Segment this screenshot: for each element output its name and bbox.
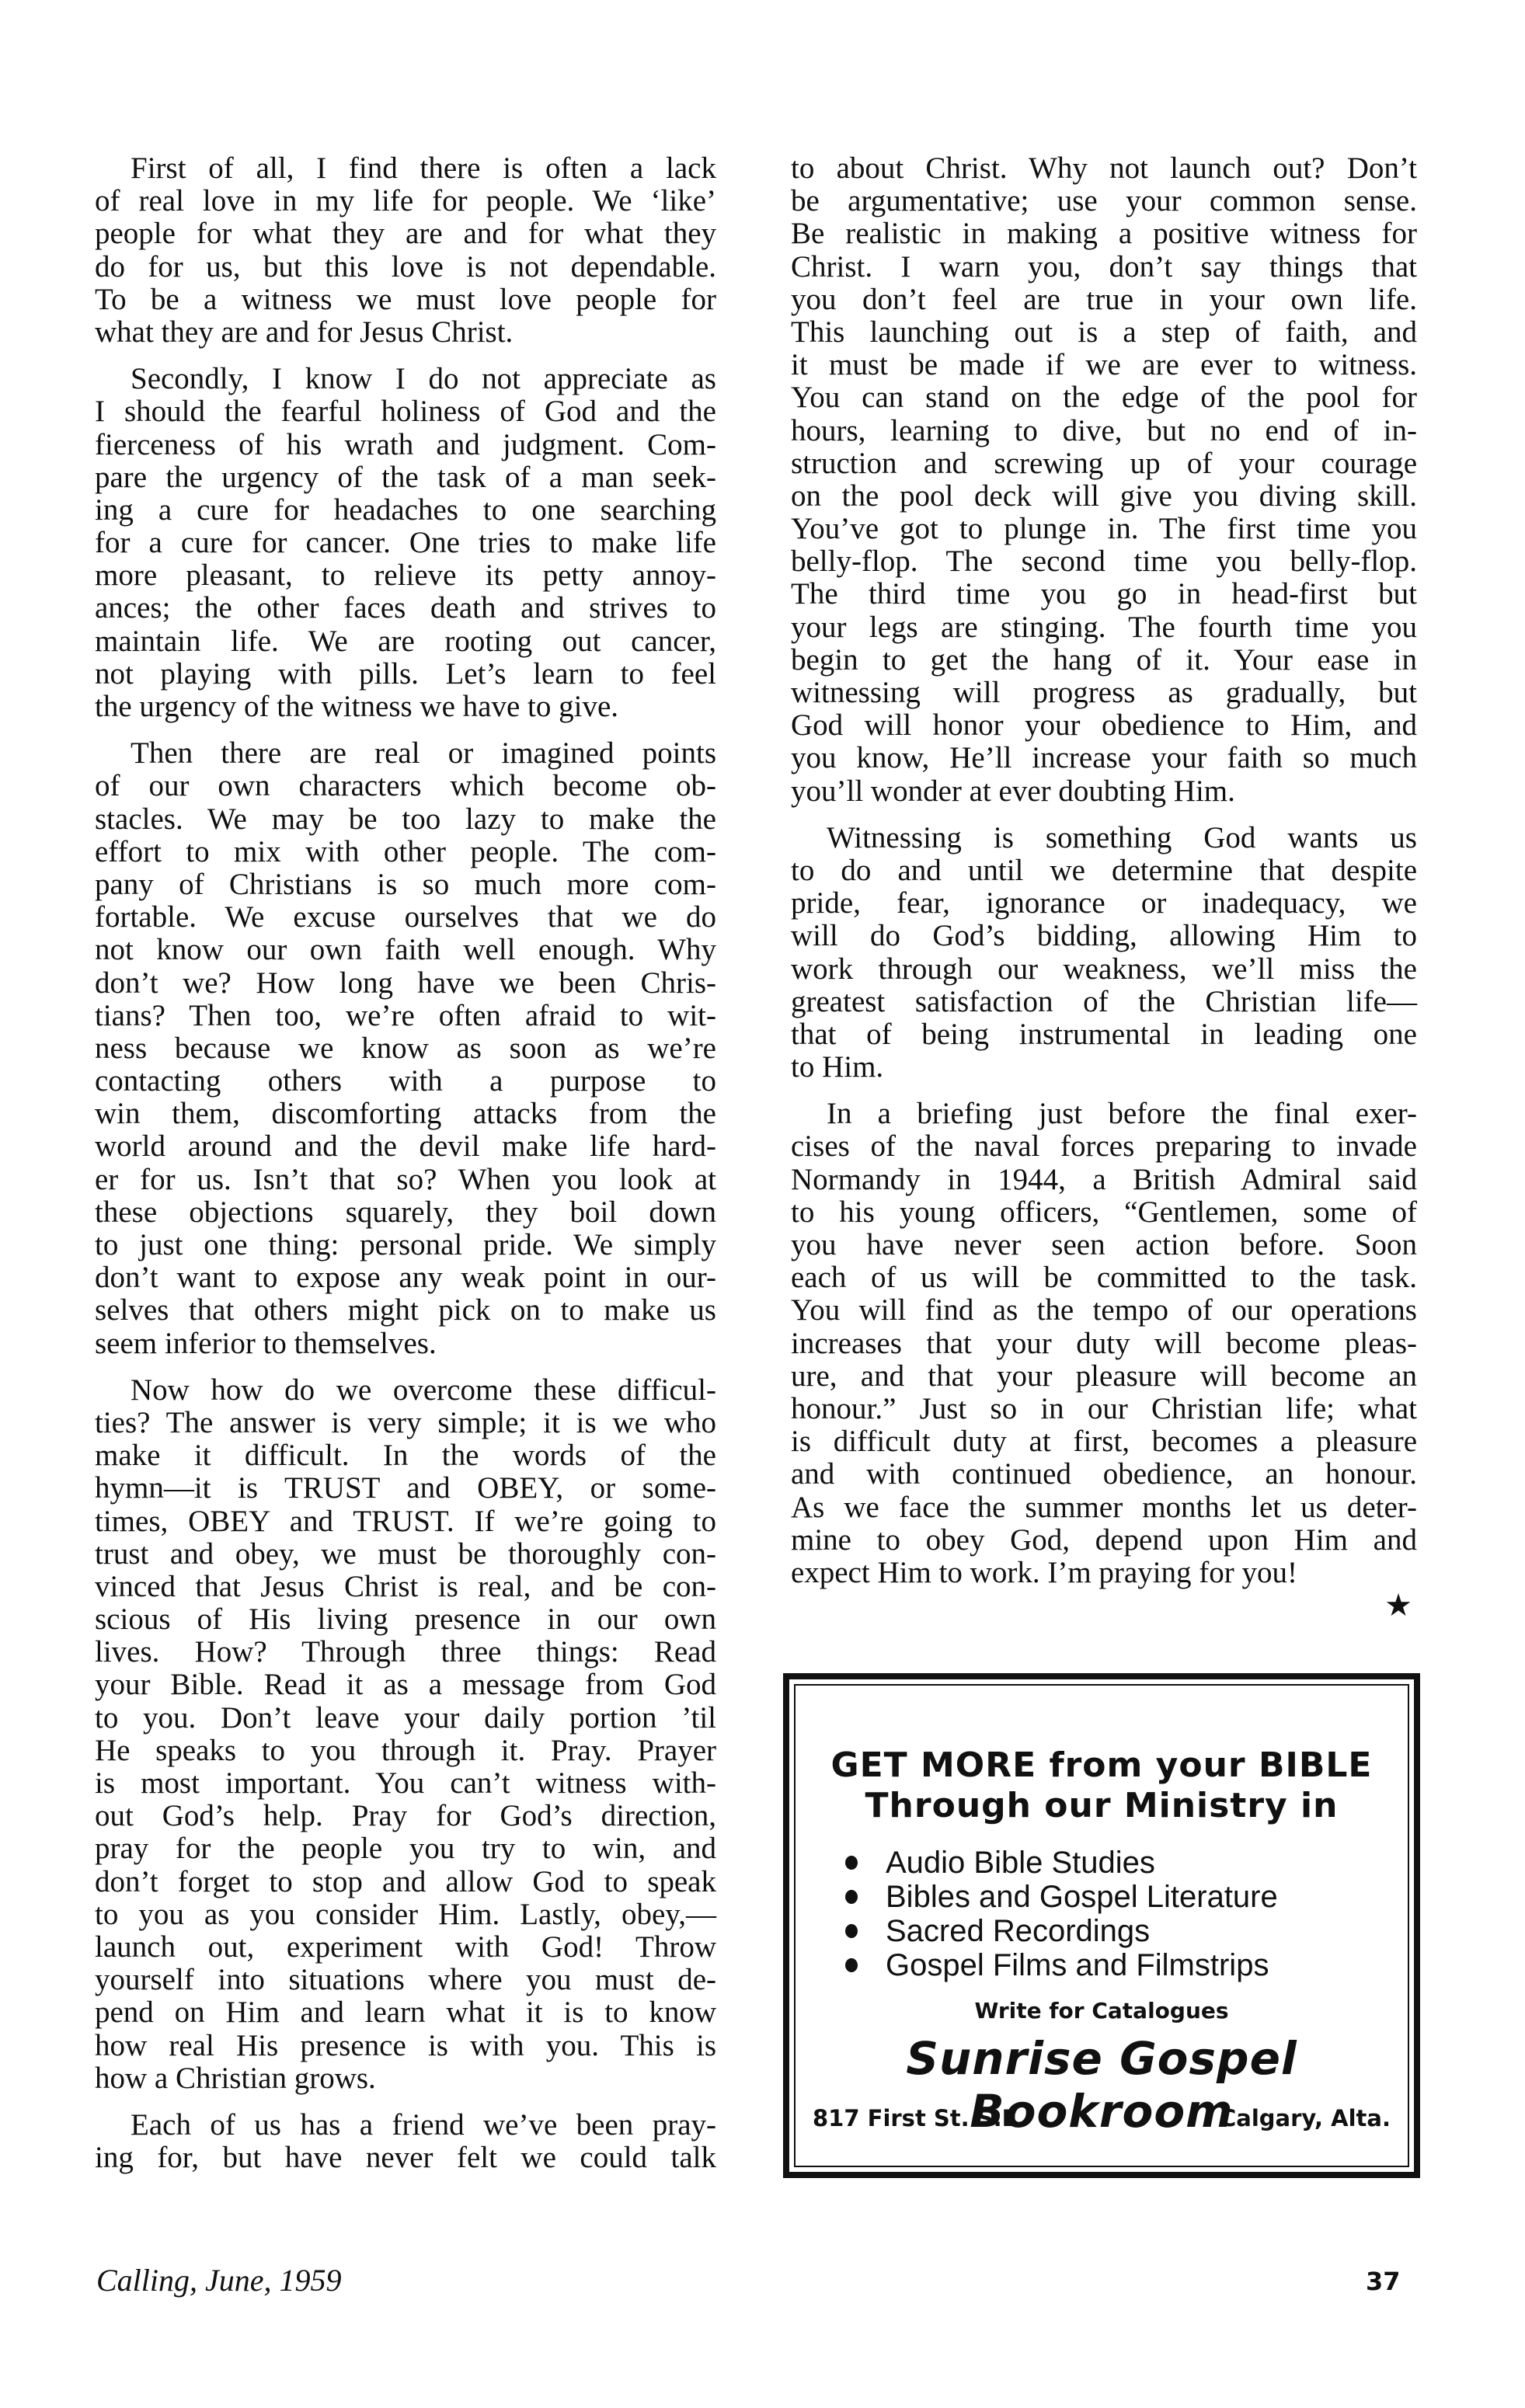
text-line: mine to obey God, depend upon Him and xyxy=(791,1524,1417,1557)
text-line: is difficult duty at first, becomes a pl… xyxy=(791,1425,1417,1458)
text-line: effort to mix with other people. The com… xyxy=(95,836,716,868)
text-line: ure, and that your pleasure will become … xyxy=(791,1360,1417,1393)
ad-street-address: 817 First St. S.E. xyxy=(813,2105,1026,2131)
page-number: 37 xyxy=(1366,2267,1401,2296)
text-line: He speaks to you through it. Pray. Praye… xyxy=(95,1735,716,1767)
text-line: for a cure for cancer. One tries to make… xyxy=(95,527,716,559)
article-paragraph: Then there are real or imagined pointsof… xyxy=(95,737,716,1360)
text-line: pend on Him and learn what it is to know xyxy=(95,1996,716,2029)
text-line: hymn—it is TRUST and OBEY, or some- xyxy=(95,1472,716,1505)
text-line: these objections squarely, they boil dow… xyxy=(95,1196,716,1229)
text-line: world around and the devil make life har… xyxy=(95,1130,716,1163)
text-line: lives. How? Through three things: Read xyxy=(95,1636,716,1669)
text-line: on the pool deck will give you diving sk… xyxy=(791,480,1417,513)
text-line: yourself into situations where you must … xyxy=(95,1964,716,1996)
text-line: fierceness of his wrath and judgment. Co… xyxy=(95,429,716,461)
text-line: how a Christian grows. xyxy=(95,2062,716,2095)
text-line: to his young officers, “Gentlemen, some … xyxy=(791,1196,1417,1229)
text-line: ing a cure for headaches to one searchin… xyxy=(95,494,716,527)
text-line: to do and until we determine that despit… xyxy=(791,854,1417,887)
text-line: don’t we? How long have we been Chris- xyxy=(95,967,716,1000)
ad-city: Calgary, Alta. xyxy=(1220,2105,1391,2131)
text-line: not know our own faith well enough. Why xyxy=(95,934,716,966)
article-paragraph: Now how do we overcome these difficul-ti… xyxy=(95,1374,716,2095)
text-line: You will find as the tempo of our operat… xyxy=(791,1294,1417,1327)
text-line: As we face the summer months let us dete… xyxy=(791,1491,1417,1524)
text-line: er for us. Isn’t that so? When you look … xyxy=(95,1164,716,1196)
text-line: is most important. You can’t witness wit… xyxy=(95,1767,716,1800)
text-line: you have never seen action before. Soon xyxy=(791,1229,1417,1261)
text-line: to just one thing: personal pride. We si… xyxy=(95,1229,716,1261)
text-line: belly-flop. The second time you belly-fl… xyxy=(791,545,1417,578)
ad-list-item: Gospel Films and Filmstrips xyxy=(845,1948,1278,1982)
text-line: witnessing will progress as gradually, b… xyxy=(791,677,1417,709)
text-line: God will honor your obedience to Him, an… xyxy=(791,709,1417,742)
article-paragraph: Witnessing is something God wants usto d… xyxy=(791,822,1417,1084)
bullet-icon xyxy=(845,1958,858,1972)
article-paragraph: First of all, I find there is often a la… xyxy=(95,152,716,349)
text-line: to you. Don’t leave your daily portion ’… xyxy=(95,1702,716,1735)
text-line: more pleasant, to relieve its petty anno… xyxy=(95,559,716,592)
text-line: make it difficult. In the words of the xyxy=(95,1439,716,1472)
text-line: This launching out is a step of faith, a… xyxy=(791,316,1417,349)
text-line: how real His presence is with you. This … xyxy=(95,2030,716,2062)
bullet-icon xyxy=(845,1856,858,1870)
text-line: begin to get the hang of it. Your ease i… xyxy=(791,644,1417,677)
text-line: to you as you consider Him. Lastly, obey… xyxy=(95,1898,716,1931)
text-line: Each of us has a friend we’ve been pray- xyxy=(95,2109,716,2142)
ad-list-item: Sacred Recordings xyxy=(845,1914,1278,1948)
text-line: not playing with pills. Let’s learn to f… xyxy=(95,658,716,691)
text-line: In a briefing just before the final exer… xyxy=(791,1098,1417,1130)
text-line: First of all, I find there is often a la… xyxy=(95,152,716,185)
text-line: pany of Christians is so much more com- xyxy=(95,868,716,901)
text-line: your legs are stinging. The fourth time … xyxy=(791,611,1417,644)
text-line: increases that your duty will become ple… xyxy=(791,1328,1417,1360)
text-line: win them, discomforting attacks from the xyxy=(95,1098,716,1130)
text-line: you’ll wonder at ever doubting Him. xyxy=(791,775,1417,808)
text-line: Be realistic in making a positive witnes… xyxy=(791,217,1417,250)
article-paragraph: to about Christ. Why not launch out? Don… xyxy=(791,152,1417,808)
text-line: it must be made if we are ever to witnes… xyxy=(791,349,1417,381)
text-line: pray for the people you try to win, and xyxy=(95,1832,716,1865)
text-line: I should the fearful holiness of God and… xyxy=(95,395,716,428)
text-line: do for us, but this love is not dependab… xyxy=(95,251,716,284)
text-line: vinced that Jesus Christ is real, and be… xyxy=(95,1571,716,1603)
text-line: that of being instrumental in leading on… xyxy=(791,1018,1417,1051)
text-line: of our own characters which become ob- xyxy=(95,770,716,802)
text-line: To be a witness we must love people for xyxy=(95,284,716,316)
ad-ministry-list: Audio Bible Studies Bibles and Gospel Li… xyxy=(845,1846,1278,1982)
text-line: of real love in my life for people. We ‘… xyxy=(95,185,716,217)
ad-list-item: Audio Bible Studies xyxy=(845,1846,1278,1880)
text-line: ness because we know as soon as we’re xyxy=(95,1032,716,1065)
text-line: Secondly, I know I do not appreciate as xyxy=(95,363,716,395)
text-line: Now how do we overcome these difficul- xyxy=(95,1374,716,1407)
text-line: honour.” Just so in our Christian life; … xyxy=(791,1393,1417,1425)
text-line: launch out, experiment with God! Throw xyxy=(95,1931,716,1964)
text-line: cises of the naval forces preparing to i… xyxy=(791,1130,1417,1163)
text-line: each of us will be committed to the task… xyxy=(791,1261,1417,1294)
text-line: will do God’s bidding, allowing Him to xyxy=(791,920,1417,952)
text-line: tians? Then too, we’re often afraid to w… xyxy=(95,1000,716,1032)
text-line: fortable. We excuse ourselves that we do xyxy=(95,901,716,934)
text-line: scious of His living presence in our own xyxy=(95,1603,716,1636)
article-left-column: First of all, I find there is often a la… xyxy=(95,152,716,2188)
text-line: expect Him to work. I’m praying for you! xyxy=(791,1557,1417,1589)
text-line: Then there are real or imagined points xyxy=(95,737,716,770)
text-line: Normandy in 1944, a British Admiral said xyxy=(791,1164,1417,1196)
text-line: seem inferior to themselves. xyxy=(95,1328,716,1360)
text-line: out God’s help. Pray for God’s direction… xyxy=(95,1800,716,1832)
ad-address-row: 817 First St. S.E. Calgary, Alta. xyxy=(813,2105,1391,2131)
text-line: work through our weakness, we’ll miss th… xyxy=(791,953,1417,986)
ad-headline-line1: GET MORE from your BIBLE xyxy=(796,1745,1408,1787)
text-line: You can stand on the edge of the pool fo… xyxy=(791,381,1417,414)
bookroom-advertisement: GET MORE from your BIBLE Through our Min… xyxy=(783,1673,1420,2178)
article-paragraph: Secondly, I know I do not appreciate asI… xyxy=(95,363,716,723)
publication-footer: Calling, June, 1959 xyxy=(96,2262,342,2298)
ad-headline-line2: Through our Ministry in xyxy=(796,1785,1408,1827)
text-line: stacles. We may be too lazy to make the xyxy=(95,803,716,836)
bullet-icon xyxy=(845,1890,858,1904)
text-line: don’t forget to stop and allow God to sp… xyxy=(95,1866,716,1898)
article-paragraph: Each of us has a friend we’ve been pray-… xyxy=(95,2109,716,2174)
end-of-article-star-icon: ★ xyxy=(791,1589,1417,1622)
text-line: hours, learning to dive, but no end of i… xyxy=(791,415,1417,447)
text-line: maintain life. We are rooting out cancer… xyxy=(95,625,716,658)
text-line: You’ve got to plunge in. The first time … xyxy=(791,513,1417,545)
text-line: the urgency of the witness we have to gi… xyxy=(95,691,716,723)
ad-call-to-action: Write for Catalogues xyxy=(796,1998,1408,2023)
text-line: times, OBEY and TRUST. If we’re going to xyxy=(95,1505,716,1538)
text-line: your Bible. Read it as a message from Go… xyxy=(95,1669,716,1701)
text-line: to about Christ. Why not launch out? Don… xyxy=(791,152,1417,185)
text-line: trust and obey, we must be thoroughly co… xyxy=(95,1538,716,1571)
text-line: and with continued obedience, an honour. xyxy=(791,1458,1417,1491)
text-line: to Him. xyxy=(791,1051,1417,1084)
text-line: struction and screwing up of your courag… xyxy=(791,447,1417,480)
bullet-icon xyxy=(845,1924,858,1938)
text-line: you know, He’ll increase your faith so m… xyxy=(791,742,1417,774)
text-line: The third time you go in head-first but xyxy=(791,578,1417,611)
text-line: be argumentative; use your common sense. xyxy=(791,185,1417,217)
text-line: people for what they are and for what th… xyxy=(95,217,716,250)
ad-list-item: Bibles and Gospel Literature xyxy=(845,1880,1278,1914)
text-line: ties? The answer is very simple; it is w… xyxy=(95,1407,716,1439)
text-line: pride, fear, ignorance or inadequacy, we xyxy=(791,887,1417,920)
article-right-column: to about Christ. Why not launch out? Don… xyxy=(791,152,1417,1636)
text-line: Christ. I warn you, don’t say things tha… xyxy=(791,251,1417,284)
text-line: ing for, but have never felt we could ta… xyxy=(95,2142,716,2174)
text-line: ances; the other faces death and strives… xyxy=(95,592,716,625)
text-line: Witnessing is something God wants us xyxy=(791,822,1417,854)
text-line: you don’t feel are true in your own life… xyxy=(791,284,1417,316)
text-line: contacting others with a purpose to xyxy=(95,1065,716,1098)
text-line: what they are and for Jesus Christ. xyxy=(95,316,716,349)
text-line: selves that others might pick on to make… xyxy=(95,1294,716,1327)
article-paragraph: In a briefing just before the final exer… xyxy=(791,1098,1417,1622)
text-line: don’t want to expose any weak point in o… xyxy=(95,1261,716,1294)
advertisement-inner-border: GET MORE from your BIBLE Through our Min… xyxy=(794,1684,1409,2167)
text-line: pare the urgency of the task of a man se… xyxy=(95,461,716,494)
text-line: greatest satisfaction of the Christian l… xyxy=(791,986,1417,1018)
